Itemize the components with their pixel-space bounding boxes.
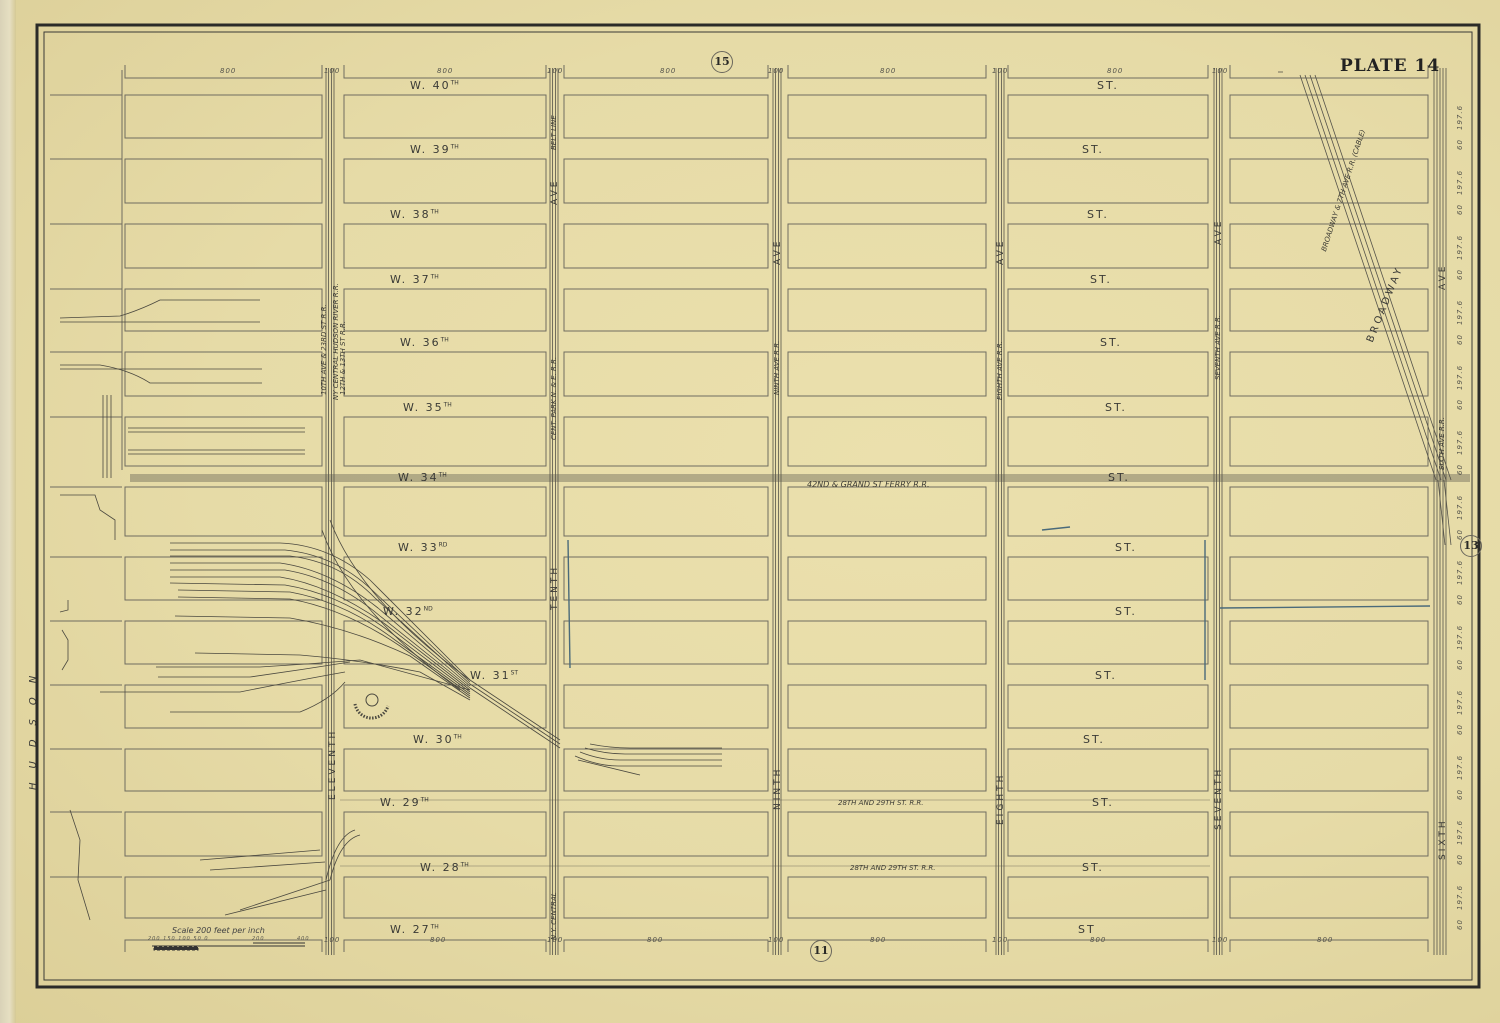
street-label-right-6: ST.	[1108, 471, 1130, 484]
scale-title: Scale 200 feet per inch	[172, 926, 265, 935]
street-suffix: TH	[451, 143, 459, 150]
lot-depth-2: 197.6	[1456, 235, 1464, 260]
street-name: W. 33	[398, 541, 439, 554]
lot-front-7: 60	[1456, 594, 1464, 605]
lot-depth-6: 197.6	[1456, 495, 1464, 520]
avenue-1-rr3-label: N.Y. CENTRAL	[550, 892, 558, 940]
scale-tick-mid: 200	[252, 936, 265, 942]
street-suffix: TH	[461, 861, 469, 868]
avenue-2-ave-label: AVE	[773, 239, 783, 265]
street-label-5: W. 35TH	[403, 401, 452, 414]
lot-depth-11: 197.6	[1456, 820, 1464, 845]
dimension-top-1: 100	[324, 67, 340, 75]
lot-front-1: 60	[1456, 204, 1464, 215]
street-label-13: W. 27TH	[390, 923, 439, 936]
street-name: W. 40	[410, 79, 451, 92]
avenue-1-ave-label: AVE	[550, 179, 560, 205]
street-rr-w29: 28TH AND 29TH ST. R.R.	[838, 799, 924, 807]
street-suffix: TH	[431, 208, 439, 215]
street-suffix: TH	[454, 733, 462, 740]
street-label-right-2: ST.	[1087, 208, 1109, 221]
dimension-top-8: 800	[1107, 67, 1123, 75]
street-suffix: TH	[431, 273, 439, 280]
street-rr-w28: 28TH AND 29TH ST. R.R.	[850, 864, 936, 872]
street-label-11: W. 29TH	[380, 796, 429, 809]
lot-front-2: 60	[1456, 269, 1464, 280]
street-label-right-3: ST.	[1090, 273, 1112, 286]
dimension-bottom-5: 100	[768, 936, 784, 944]
dimension-top-4: 800	[660, 67, 676, 75]
lot-depth-0: 197.6	[1456, 105, 1464, 130]
lot-front-0: 60	[1456, 139, 1464, 150]
lot-depth-7: 197.6	[1456, 560, 1464, 585]
street-label-right-5: ST.	[1105, 401, 1127, 414]
lot-depth-8: 197.6	[1456, 625, 1464, 650]
street-suffix: TH	[444, 401, 452, 408]
avenue-4-rr-label: SEVENTH AVE R.R.	[1214, 315, 1222, 380]
street-name: W. 34	[398, 471, 439, 484]
street-name: W. 31	[470, 669, 511, 682]
dimension-bottom-7: 100	[992, 936, 1008, 944]
lot-front-6: 60	[1456, 529, 1464, 540]
street-label-right-4: ST.	[1100, 336, 1122, 349]
avenue-3-ave-label: AVE	[996, 239, 1006, 265]
adjacent-plate-south[interactable]: 11	[810, 940, 832, 962]
street-suffix: TH	[421, 796, 429, 803]
street-label-right-10: ST.	[1083, 733, 1105, 746]
street-label-3: W. 37TH	[390, 273, 439, 286]
lot-front-5: 60	[1456, 464, 1464, 475]
avenue-5-rr-label: SIXTH AVE R.R.	[1438, 417, 1446, 470]
street-suffix: TH	[431, 923, 439, 930]
lot-front-10: 60	[1456, 789, 1464, 800]
street-suffix: TH	[441, 336, 449, 343]
street-name: W. 27	[390, 923, 431, 936]
street-label-7: W. 33RD	[398, 541, 447, 554]
dimension-bottom-1: 100	[324, 936, 340, 944]
avenue-1-rr-label: CENT. PARK N. & E. R.R.	[550, 357, 558, 440]
scale-tick-right: 400	[297, 936, 310, 942]
avenue-3-rr-label: EIGHTH AVE R.R.	[996, 341, 1004, 400]
avenue-1-rr2-label: BELT LINE	[550, 115, 558, 150]
street-suffix: RD	[439, 541, 448, 548]
street-name: W. 29	[380, 796, 421, 809]
street-name: W. 28	[420, 861, 461, 874]
street-label-12: W. 28TH	[420, 861, 469, 874]
street-label-4: W. 36TH	[400, 336, 449, 349]
avenue-5-ave-label: AVE	[1438, 264, 1448, 290]
inner-border	[44, 32, 1472, 980]
lot-front-4: 60	[1456, 399, 1464, 410]
dimension-top-2: 800	[437, 67, 453, 75]
dimension-top-0: 800	[220, 67, 236, 75]
dimension-top-7: 100	[992, 67, 1008, 75]
lot-depth-4: 197.6	[1456, 365, 1464, 390]
river-label: HUDSON	[28, 662, 39, 790]
dimension-top-5: 100	[768, 67, 784, 75]
street-label-9: W. 31ST	[470, 669, 518, 682]
street-name: W. 37	[390, 273, 431, 286]
street-label-10: W. 30TH	[413, 733, 462, 746]
street-suffix: ST	[511, 669, 518, 676]
street-label-8: W. 32ND	[383, 605, 433, 618]
scale-ticks-left: 200 150 100 50 0	[148, 936, 209, 942]
plate-title: PLATE 14	[1340, 56, 1440, 76]
street-label-right-13: ST	[1078, 923, 1096, 936]
lot-front-11: 60	[1456, 854, 1464, 865]
dimension-top-9: 100	[1212, 67, 1228, 75]
street-suffix: TH	[439, 471, 447, 478]
street-name: W. 36	[400, 336, 441, 349]
street-label-right-12: ST.	[1082, 861, 1104, 874]
dimension-bottom-2: 800	[647, 936, 663, 944]
lot-front-3: 60	[1456, 334, 1464, 345]
avenue-1-name-label: TENTH	[550, 565, 560, 610]
avenue-5-name-label: SIXTH	[1438, 818, 1448, 860]
street-name: W. 32	[383, 605, 424, 618]
lot-front-8: 60	[1456, 659, 1464, 670]
avenue-3-name-label: EIGHTH	[996, 773, 1006, 825]
street-suffix: TH	[451, 79, 459, 86]
street-label-1: W. 39TH	[410, 143, 459, 156]
dimension-bottom-8: 800	[1317, 936, 1333, 944]
street-label-6: W. 34TH	[398, 471, 447, 484]
lot-depth-12: 197.6	[1456, 885, 1464, 910]
street-rr-w34: 42ND & GRAND ST FERRY R.R.	[807, 480, 929, 489]
street-label-right-11: ST.	[1092, 796, 1114, 809]
street-label-right-9: ST.	[1095, 669, 1117, 682]
avenue-0-rr3-label: 12TH & 13TH ST R.R.	[339, 321, 347, 395]
street-label-right-7: ST.	[1115, 541, 1137, 554]
lot-front-12: 60	[1456, 919, 1464, 930]
avenue-4-ave-label: AVE	[1214, 219, 1224, 245]
lot-depth-1: 197.6	[1456, 170, 1464, 195]
avenue-0-rr2-label: 10TH AVE & 23RD ST R.R.	[320, 304, 328, 395]
lot-front-9: 60	[1456, 724, 1464, 735]
street-label-right-0: ST.	[1097, 79, 1119, 92]
street-name: W. 30	[413, 733, 454, 746]
street-suffix: ND	[424, 605, 433, 612]
dimension-bottom-6: 800	[1090, 936, 1106, 944]
dimension-top-3: 100	[547, 67, 563, 75]
street-label-right-8: ST.	[1115, 605, 1137, 618]
dimension-bottom-4: 800	[870, 936, 886, 944]
outer-border	[37, 25, 1479, 987]
street-label-2: W. 38TH	[390, 208, 439, 221]
avenue-2-name-label: NINTH	[773, 767, 783, 810]
dimension-top-6: 800	[880, 67, 896, 75]
lot-depth-5: 197.6	[1456, 430, 1464, 455]
lot-depth-3: 197.6	[1456, 300, 1464, 325]
street-name: W. 35	[403, 401, 444, 414]
lot-depth-10: 197.6	[1456, 755, 1464, 780]
dimension-bottom-9: 100	[1212, 936, 1228, 944]
dimension-bottom-0: 800	[430, 936, 446, 944]
adjacent-plate-north[interactable]: 15	[711, 51, 733, 73]
avenue-4-name-label: SEVENTH	[1214, 767, 1224, 830]
street-name: W. 39	[410, 143, 451, 156]
lot-depth-9: 197.6	[1456, 690, 1464, 715]
street-name: W. 38	[390, 208, 431, 221]
plate-map	[0, 0, 1500, 1023]
street-label-right-1: ST.	[1082, 143, 1104, 156]
avenue-2-rr-label: NINTH AVE R.R.	[773, 341, 781, 395]
avenue-0-name-label: ELEVENTH	[328, 729, 338, 800]
street-label-0: W. 40TH	[410, 79, 459, 92]
